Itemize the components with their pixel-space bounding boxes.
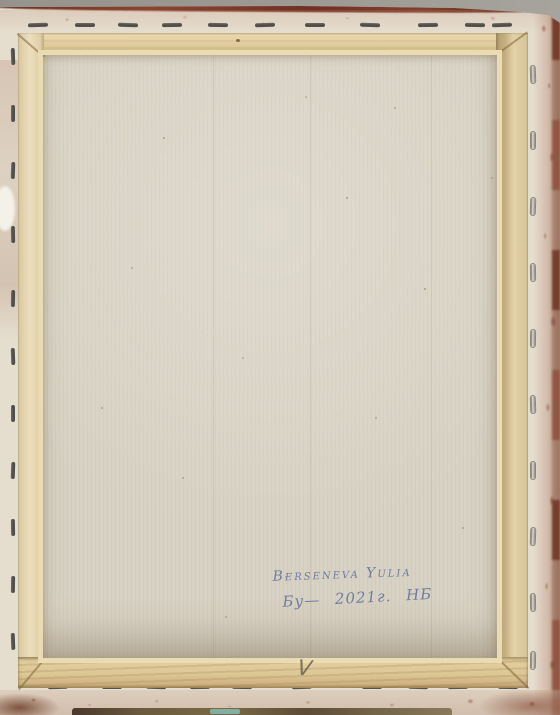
staple <box>162 23 182 27</box>
staple <box>11 576 15 593</box>
stretcher-bar-bottom <box>18 657 528 688</box>
canvas-inner: Berseneva Yulia Бу— 2021г. НБ <box>43 55 497 658</box>
artist-inscription: Berseneva Yulia Бу— 2021г. НБ <box>272 563 432 610</box>
canvas-weave-seam <box>213 55 214 658</box>
artist-name: Berseneva Yulia <box>272 563 431 585</box>
staple <box>531 462 535 479</box>
staple <box>11 519 15 536</box>
paint-blob-bottom-right <box>454 688 560 715</box>
painting-edge-strip <box>72 708 452 715</box>
staple <box>11 226 15 243</box>
staple <box>492 23 512 28</box>
photo-canvas-back: Berseneva Yulia Бу— 2021г. НБ V <box>0 0 560 715</box>
staple <box>360 23 380 28</box>
staple <box>531 528 536 545</box>
staple <box>531 594 535 611</box>
staple <box>531 330 535 347</box>
staple <box>11 162 16 179</box>
teal-paint-chip <box>210 709 240 714</box>
paint-speckle-top <box>0 10 560 34</box>
staple <box>208 23 228 27</box>
staple <box>11 633 16 650</box>
signature-and-date: Бу— 2021г. НБ <box>282 585 433 611</box>
wood-knot <box>236 39 240 42</box>
staple <box>11 348 16 365</box>
staple <box>531 652 535 669</box>
staple <box>531 396 536 413</box>
canvas-back: Berseneva Yulia Бу— 2021г. НБ V <box>0 0 560 715</box>
staple <box>465 23 485 27</box>
staple <box>418 23 438 27</box>
staple <box>75 23 95 27</box>
wood-grain-top <box>18 33 528 56</box>
staple <box>11 405 15 422</box>
staple <box>531 198 536 215</box>
staple <box>11 290 15 307</box>
staple <box>11 462 16 479</box>
staple <box>118 23 138 28</box>
staple <box>255 23 275 28</box>
staple <box>531 66 536 83</box>
staple <box>305 23 325 27</box>
canvas-flecks <box>43 55 45 57</box>
staple <box>11 48 16 65</box>
staple <box>531 264 535 281</box>
staple <box>11 105 15 122</box>
stretcher-bar-right <box>496 33 528 688</box>
paint-blob-bottom-left <box>0 692 79 715</box>
staple <box>28 23 48 28</box>
staple <box>531 132 535 149</box>
stretcher-bar-left <box>18 33 44 688</box>
paint-edge-right <box>552 0 560 715</box>
